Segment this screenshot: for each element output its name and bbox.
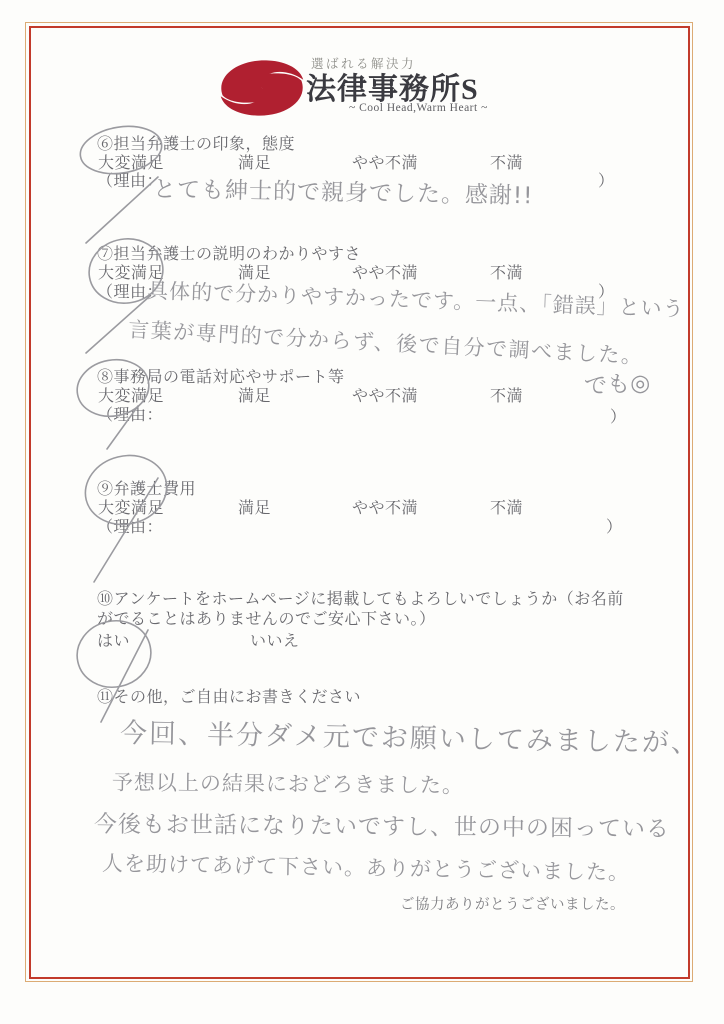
- q6-option-yaya-fuman: やや不満: [352, 150, 418, 173]
- q9-option-manzoku: 満足: [238, 495, 271, 518]
- q8-option-yaya-fuman: やや不満: [352, 383, 418, 406]
- q9-option-fuman: 不満: [490, 495, 523, 518]
- q6-handwritten-reason: とても紳士的で親身でした。感謝!!: [153, 171, 534, 211]
- brand-subtitle: ~ Cool Head,Warm Heart ~: [349, 102, 488, 114]
- q9-option-yaya-fuman: やや不満: [352, 495, 418, 518]
- q6-option-fuman: 不満: [490, 150, 523, 173]
- law-office-logo-swirl-icon: [216, 55, 308, 121]
- q7-option-fuman: 不満: [490, 260, 523, 283]
- q8-option-fuman: 不満: [490, 383, 523, 406]
- q9-reason-label: （理由：: [97, 514, 163, 537]
- q11-free-comment-line2: 予想以上の結果におどろきました。: [112, 766, 464, 799]
- scanned-survey-page: 選ばれる解決力 法律事務所S ~ Cool Head,Warm Heart ~ …: [0, 0, 724, 1024]
- q8-option-manzoku: 満足: [238, 383, 271, 406]
- q9-reason-close-paren: ）: [606, 514, 623, 537]
- question-11-title: ⑪その他，ご自由にお書きください: [97, 684, 361, 707]
- q8-reason-close-paren: ）: [610, 404, 627, 427]
- q6-option-manzoku: 満足: [238, 150, 271, 173]
- q8-reason-label: （理由：: [97, 402, 163, 425]
- q7-handwritten-reason-line3: でも◎: [583, 364, 651, 402]
- q7-option-yaya-fuman: やや不満: [352, 260, 418, 283]
- q6-reason-close-paren: ）: [598, 168, 615, 191]
- footer-thanks-text: ご協力ありがとうございました。: [400, 893, 625, 914]
- q10-option-yes: はい: [97, 628, 130, 651]
- question-10-text-line2: がでることはありませんのでご安心下さい。）: [97, 606, 436, 629]
- q11-free-comment-line3: 今後もお世話になりたいですし、世の中の困っている: [94, 805, 670, 843]
- q10-option-no: いいえ: [250, 628, 300, 651]
